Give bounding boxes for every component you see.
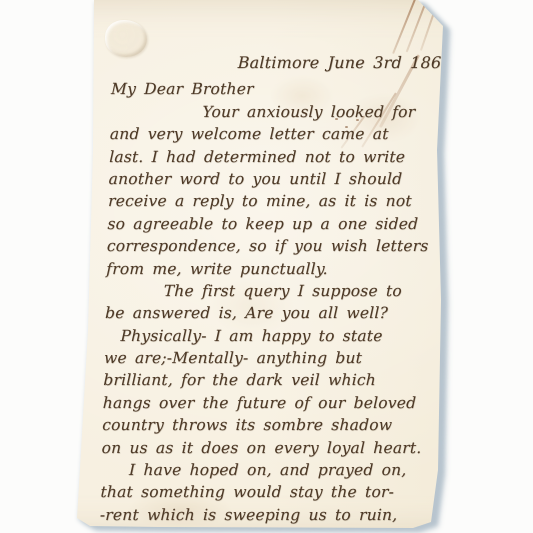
letter-line: that something would stay the tor- [100,481,431,503]
letter-line: I have hoped on, and prayed on, [129,459,432,481]
letter-line: so agreeable to keep up a one sided [107,213,438,235]
letter-line: be answered is, Are you all well? [105,302,436,324]
letter-line: last. I had determined not to write [109,146,440,168]
letter-line: we are;-Mentally- anything but [104,347,435,369]
letter-line: brilliant, for the dark veil which [103,369,434,391]
letter-dateline: Baltimore June 3rd 1861 [237,52,442,74]
letter-line: country throws its sombre shadow [102,414,433,436]
letter-line: and very welcome letter came at [110,123,441,145]
letter-line: Your anxiously looked for [202,101,441,123]
letter-page: Baltimore June 3rd 1861 My Dear Brother … [0,0,533,533]
letter-line: on us as it does on every loyal heart. [101,437,432,459]
letter-line: -rent which is sweeping us to ruin, [100,504,431,526]
letter-line: receive a reply to mine, as it is not [108,190,439,212]
letter-salutation: My Dear Brother [111,78,442,100]
letter-line: correspondence, so if you wish letters [107,235,438,257]
letter-line: hangs over the future of our beloved [103,392,434,414]
letter-line: from me, write punctually. [106,258,437,280]
letter-line: another word to you until I should [108,168,439,190]
letter-page-wrap: Baltimore June 3rd 1861 My Dear Brother … [0,0,533,533]
letter-text: Baltimore June 3rd 1861 My Dear Brother … [100,52,442,526]
scanned-letter-photo: Baltimore June 3rd 1861 My Dear Brother … [0,0,533,533]
letter-line: The first query I suppose to [163,280,436,302]
letter-line: Physically- I am happy to state [120,325,435,347]
